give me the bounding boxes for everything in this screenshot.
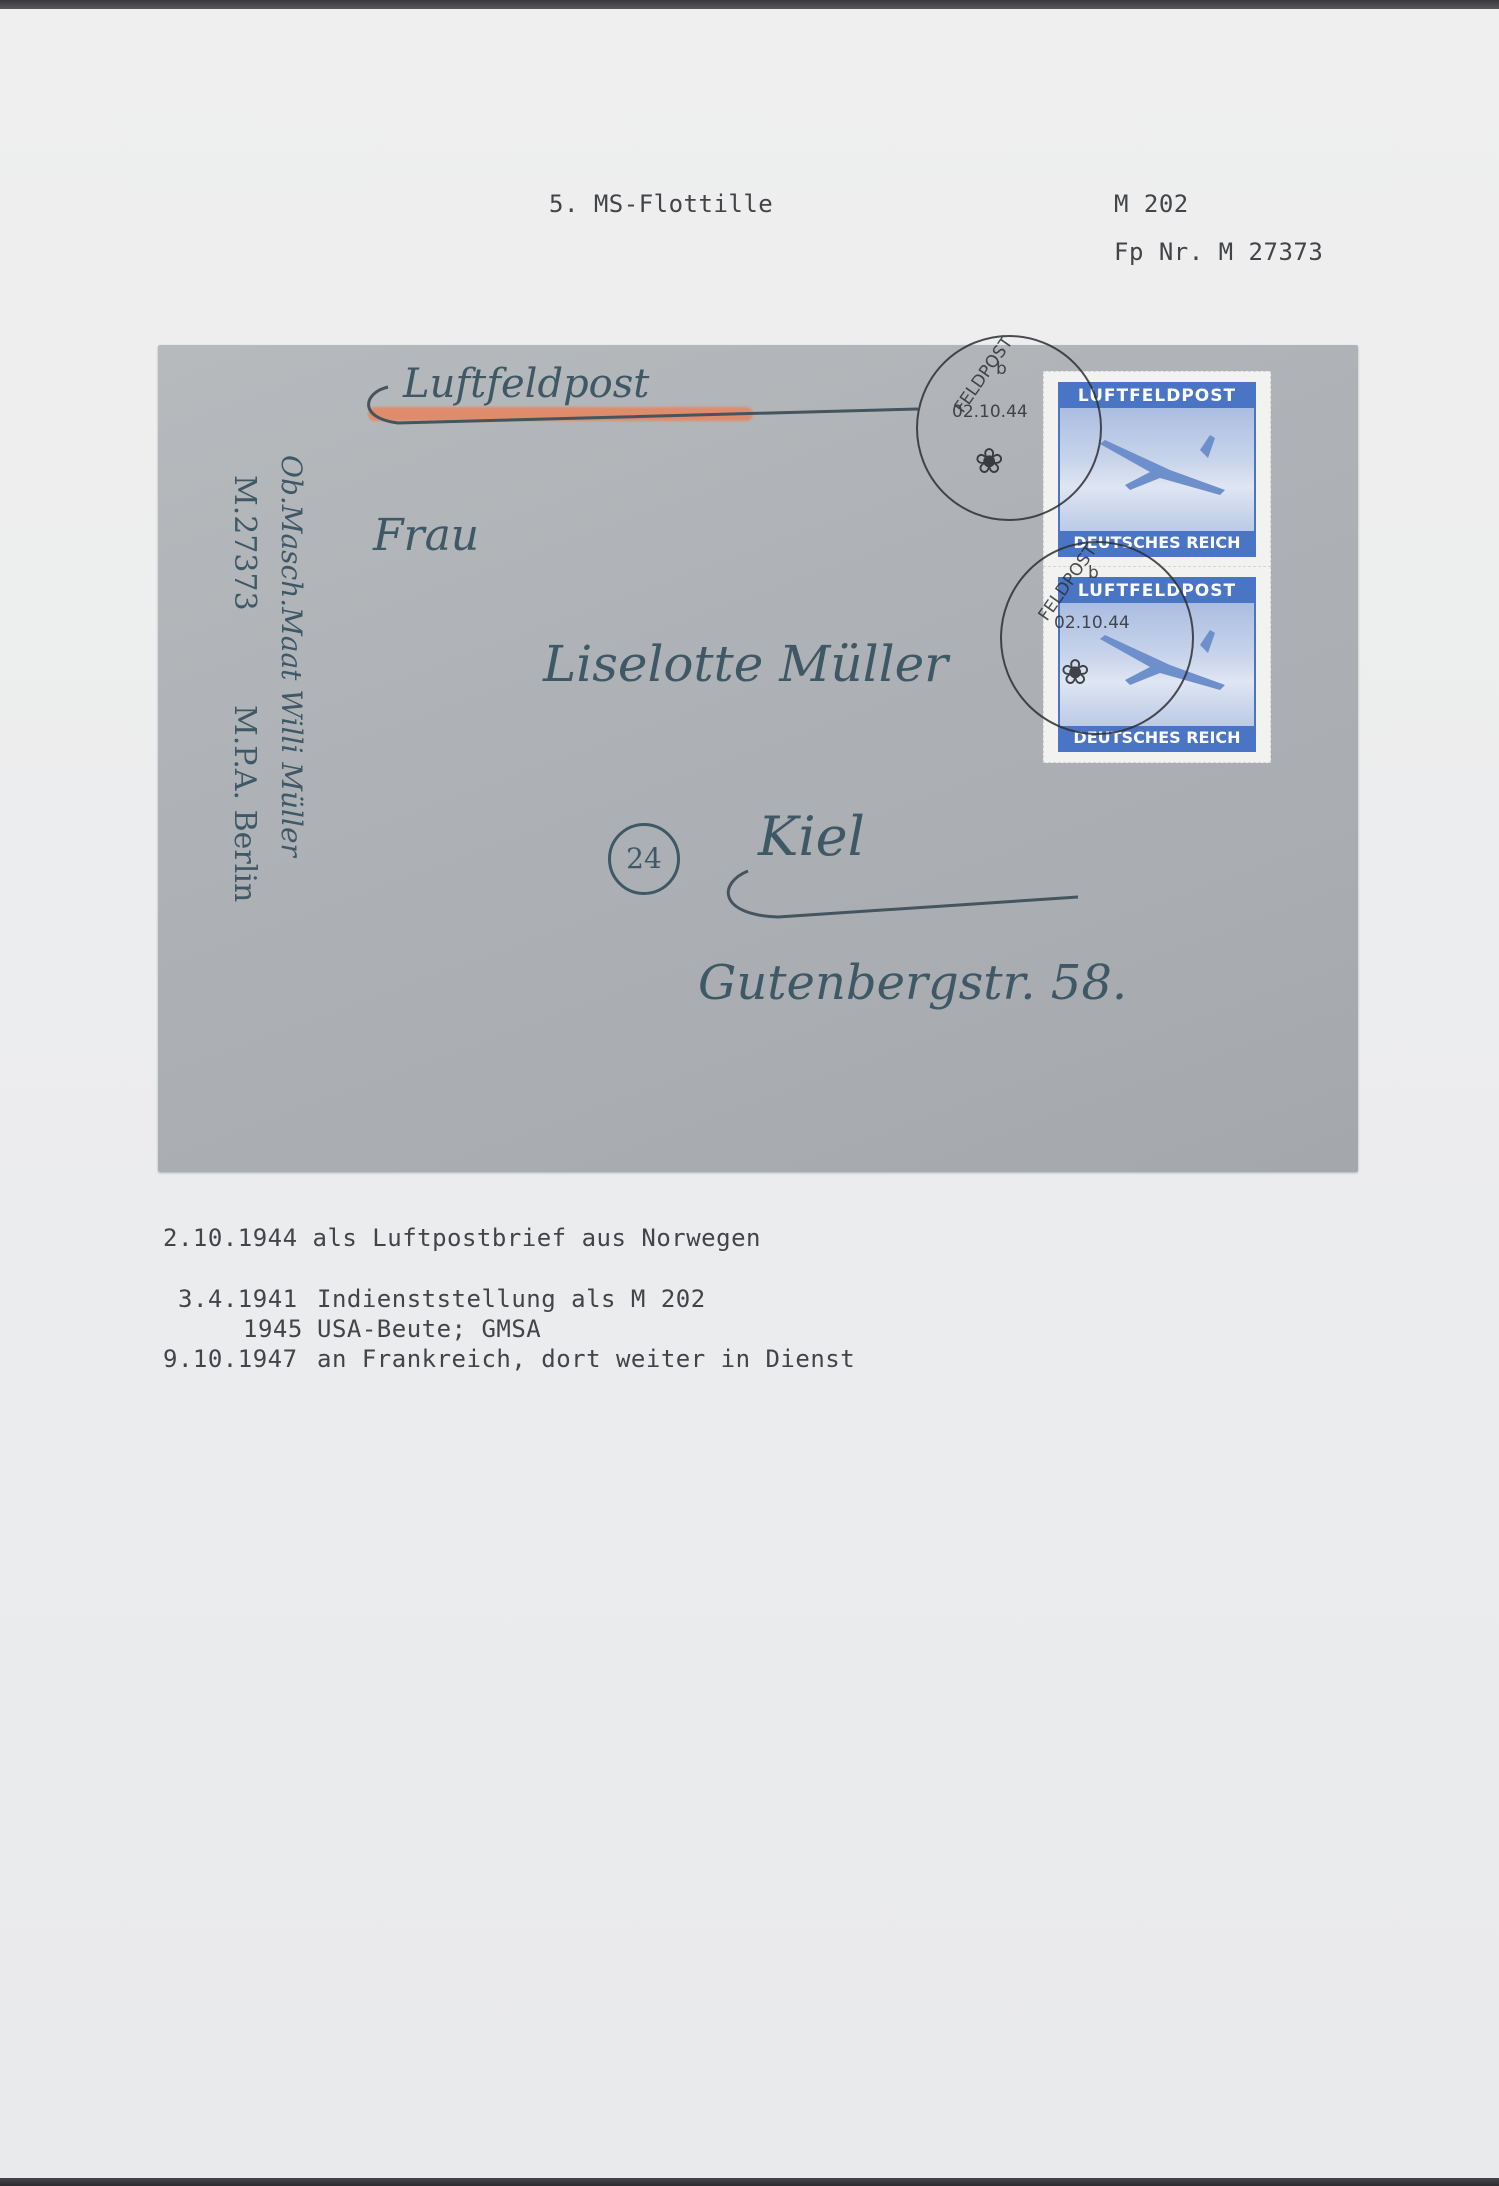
recipient-city: Kiel [758, 805, 865, 868]
eagle-emblem-icon: ❀ [1062, 648, 1089, 692]
postmark-date: 02.10.44 [952, 402, 1028, 422]
postmark-letter: b [1088, 563, 1099, 583]
history-text: USA-Beute; GMSA [317, 1315, 541, 1343]
routing-underline-stroke [358, 373, 928, 433]
history-text: an Frankreich, dort weiter in Dienst [317, 1345, 855, 1373]
envelope-cover: Luftfeldpost Ob.Masch.Maat Willi Müller … [158, 345, 1358, 1172]
postmark-lower: FELDPOST b 02.10.44 ❀ [1000, 541, 1194, 735]
eagle-emblem-icon: ❀ [976, 437, 1003, 481]
history-date: 9.10.1947 [163, 1345, 298, 1373]
recipient-street: Gutenbergstr. 58. [698, 955, 1127, 1011]
postal-district-circle: 24 [608, 823, 680, 895]
sender-block: Ob.Masch.Maat Willi Müller M.27373 M.P.A… [168, 455, 308, 975]
aircraft-icon [1100, 430, 1230, 500]
postmark-date: 02.10.44 [1054, 613, 1130, 633]
history-text: Indienststellung als M 202 [317, 1285, 706, 1313]
postal-district: 24 [611, 826, 677, 892]
history-date: 1945 [243, 1315, 303, 1343]
recipient-salutation: Frau [373, 510, 479, 561]
sender-line3: M.P.A. Berlin [227, 705, 262, 902]
ship-designation: M 202 [1114, 190, 1189, 218]
album-frame-top [0, 0, 1499, 9]
fieldpost-number: Fp Nr. M 27373 [1114, 238, 1323, 266]
cover-caption: 2.10.1944 als Luftpostbrief aus Norwegen [163, 1224, 761, 1252]
album-frame-bottom [0, 2178, 1499, 2186]
city-underline-stroke [718, 865, 1098, 935]
unit-title: 5. MS-Flottille [549, 190, 773, 218]
recipient-name: Liselotte Müller [543, 635, 948, 693]
sender-line1: Ob.Masch.Maat Willi Müller [275, 455, 308, 857]
history-date: 3.4.1941 [178, 1285, 298, 1313]
postmark-letter: b [996, 359, 1007, 379]
sender-line2: M.27373 [227, 475, 262, 611]
postmark-upper: FELDPOST b 02.10.44 ❀ [916, 335, 1102, 521]
